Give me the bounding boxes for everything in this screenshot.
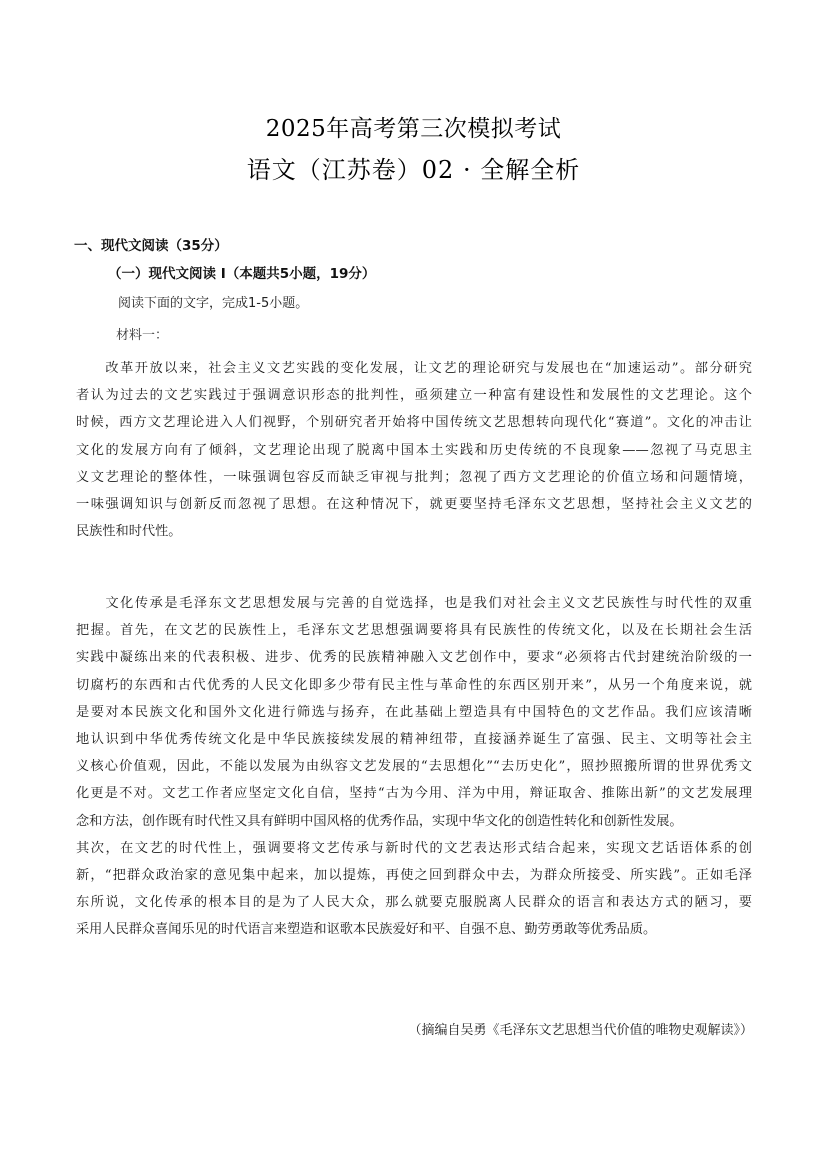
source-citation: （摘编自吴勇《毛泽东文艺思想当代价值的唯物史观解读》） (408, 1019, 753, 1038)
reading-instruction: 阅读下面的文字，完成1-5小题。 (118, 292, 308, 311)
paragraph-1: 改革开放以来，社会主义文艺实践的变化发展，让文艺的理论研究与发展也在“加速运动”… (76, 355, 752, 545)
text-line: 改革开放以来，社会主义文艺实践的变化发展，让文艺的理论研究与发展也在“加速运动”… (76, 355, 752, 382)
text-line: 时候，西方文艺理论进入人们视野，个别研究者开始将中国传统文艺思想转向现代化“赛道… (76, 409, 752, 436)
text-line: 地认识到中华优秀传统文化是中华民族接续发展的精神纽带，直接涵养诞生了富强、民主、… (76, 726, 752, 753)
text-line: 义文艺理论的整体性，一味强调包容反而缺乏审视与批判；忽视了西方文艺理论的价值立场… (76, 464, 752, 491)
text-line: 民族性和时代性。 (76, 518, 752, 545)
text-line: 念和方法，创作既有时代性又具有鲜明中国风格的优秀作品，实现中华文化的创造性转化和… (76, 808, 752, 835)
material-label: 材料一： (116, 324, 168, 343)
text-line: 把握。首先，在文艺的民族性上，毛泽东文艺思想强调要将具有民族性的传统文化，以及在… (76, 617, 752, 644)
text-line: 采用人民群众喜闻乐见的时代语言来塑造和讴歌本民族爱好和平、自强不息、勤劳勇敢等优… (76, 916, 752, 943)
text-line: 者认为过去的文艺实践过于强调意识形态的批判性，亟须建立一种富有建设性和发展性的文… (76, 382, 752, 409)
subsection-heading: （一）现代文阅读 I（本题共5小题，19分） (108, 262, 375, 282)
document-title: 2025年高考第三次模拟考试 (0, 110, 827, 143)
paragraph-2: 文化传承是毛泽东文艺思想发展与完善的自觉选择，也是我们对社会主义文艺民族性与时代… (76, 590, 752, 944)
text-line: 新，“把群众政治家的意见集中起来，加以提炼，再使之回到群众中去，为群众所接受、所… (76, 862, 752, 889)
text-line: 文化传承是毛泽东文艺思想发展与完善的自觉选择，也是我们对社会主义文艺民族性与时代… (76, 590, 752, 617)
section-heading: 一、现代文阅读（35分） (74, 234, 228, 254)
document-subtitle: 语文（江苏卷）02 · 全解全析 (0, 150, 827, 185)
text-line: 文化的发展方向有了倾斜，文艺理论出现了脱离中国本土实践和历史传统的不良现象——忽… (76, 437, 752, 464)
text-line: 化更是不对。文艺工作者应坚定文化自信，坚持“古为今用、洋为中用，辩证取舍、推陈出… (76, 780, 752, 807)
text-line: 一味强调知识与创新反而忽视了思想。在这种情况下，就更要坚持毛泽东文艺思想，坚持社… (76, 491, 752, 518)
text-line: 东所说，文化传承的根本目的是为了人民大众，那么就要克服脱离人民群众的语言和表达方… (76, 889, 752, 916)
text-line: 其次，在文艺的时代性上，强调要将文艺传承与新时代的文艺表达形式结合起来，实现文艺… (76, 835, 752, 862)
text-line: 义核心价值观，因此，不能以发展为由纵容文艺发展的“去思想化”“去历史化”，照抄照… (76, 753, 752, 780)
text-line: 实践中凝练出来的代表积极、进步、优秀的民族精神融入文艺创作中，要求“必须将古代封… (76, 644, 752, 671)
text-line: 切腐朽的东西和古代优秀的人民文化即多少带有民主性与革命性的东西区别开来”，从另一… (76, 672, 752, 699)
text-line: 是要对本民族文化和国外文化进行筛选与扬弃，在此基础上塑造具有中国特色的文艺作品。… (76, 699, 752, 726)
